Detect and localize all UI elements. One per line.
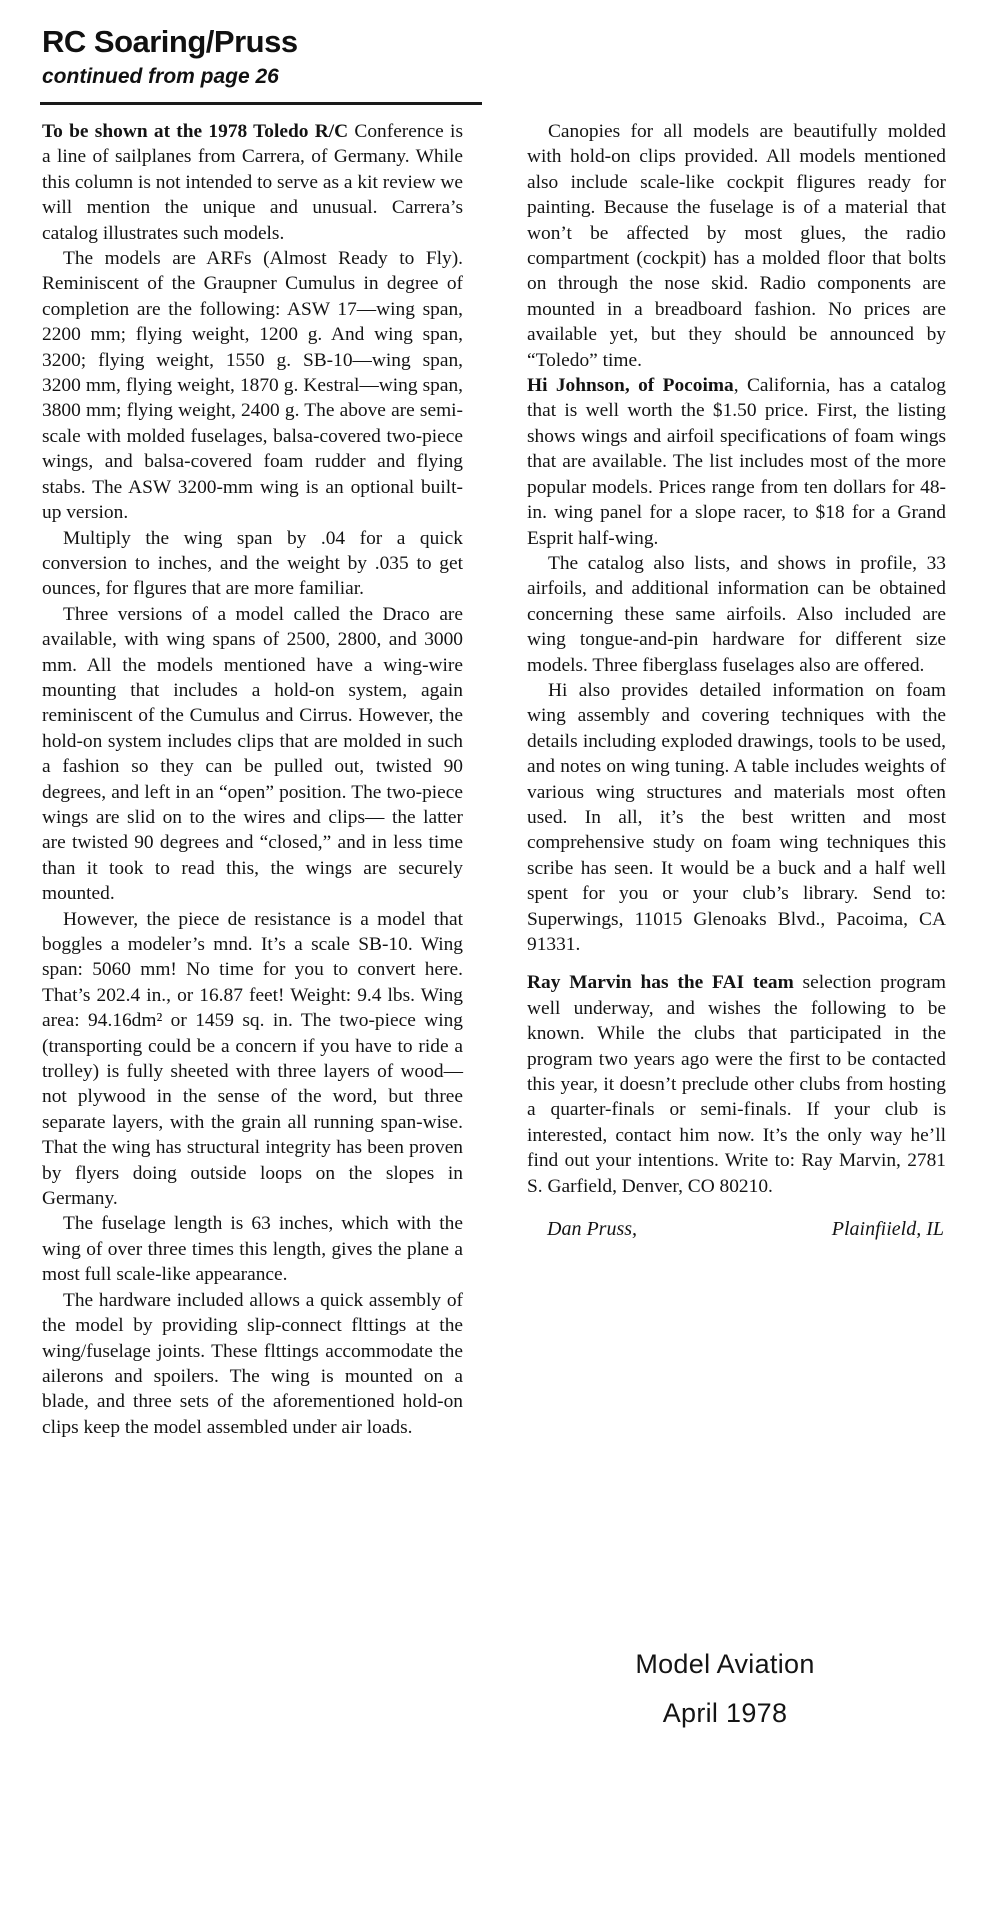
footer: Model Aviation April 1978	[505, 1648, 945, 1729]
article-paragraph: Hi also provides detailed information on…	[527, 678, 946, 957]
article-paragraph: Hi Johnson, of Pocoima, California, has …	[527, 373, 946, 551]
article-paragraph: The fuselage length is 63 inches, which …	[42, 1211, 463, 1287]
article-paragraph: Ray Marvin has the FAI team selection pr…	[527, 970, 946, 1199]
right-column: Canopies for all models are beautifully …	[527, 119, 946, 1242]
article-paragraph: The hardware included allows a quick ass…	[42, 1288, 463, 1440]
article-paragraph: Canopies for all models are beautifully …	[527, 119, 946, 373]
paragraph-lead-text: To be shown at the 1978 Toledo R/C	[42, 121, 348, 142]
continued-note: continued from page 26	[42, 64, 502, 90]
publication-name: Model Aviation	[505, 1648, 945, 1680]
signature-location: Plainfiield, IL	[832, 1217, 944, 1242]
signature-author: Dan Pruss,	[547, 1217, 637, 1242]
header-rule	[40, 102, 482, 105]
signature-row: Dan Pruss,Plainfiield, IL	[527, 1217, 946, 1242]
issue-date: April 1978	[505, 1697, 945, 1729]
page-title: RC Soaring/Pruss	[42, 24, 502, 60]
article-paragraph: Multiply the wing span by .04 for a quic…	[42, 526, 463, 602]
article-paragraph: The catalog also lists, and shows in pro…	[527, 551, 946, 678]
article-paragraph: Three versions of a model called the Dra…	[42, 602, 463, 907]
left-column: To be shown at the 1978 Toledo R/C Confe…	[42, 119, 463, 1440]
paragraph-lead-text: Ray Marvin has the FAI team	[527, 972, 794, 993]
article-paragraph: To be shown at the 1978 Toledo R/C Confe…	[42, 119, 463, 246]
article-paragraph: However, the piece de resistance is a mo…	[42, 907, 463, 1212]
magazine-page: RC Soaring/Pruss continued from page 26 …	[0, 0, 1000, 1906]
article-paragraph: The models are ARFs (Almost Ready to Fly…	[42, 246, 463, 525]
article-header: RC Soaring/Pruss continued from page 26	[42, 24, 502, 90]
paragraph-lead-text: Hi Johnson, of Pocoima	[527, 375, 734, 396]
